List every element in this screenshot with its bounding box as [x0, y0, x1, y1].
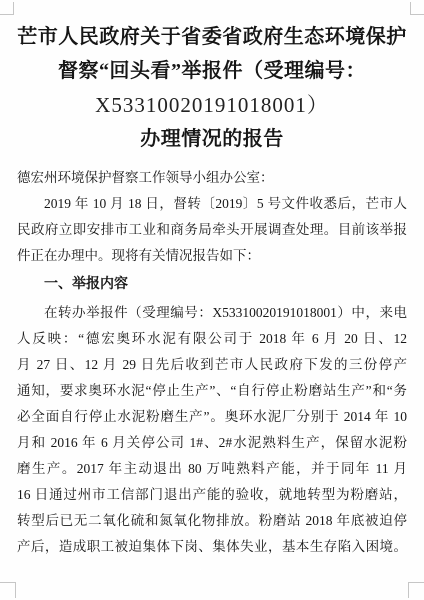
body-line: 2019 年 10 月 18 日，督转〔2019〕5 号文件收悉后，芒市人: [17, 191, 407, 217]
crop-mark-bottom-right: [408, 582, 424, 598]
body-line: 月 27 日、12 月 29 日先后收到芒市人民政府下发的三份停产: [17, 352, 407, 378]
document-content: 芒市人民政府关于省委省政府生态环境保护 督察“回头看”举报件（受理编号： X53…: [17, 20, 407, 560]
body-line: 通知，要求奥环水泥“停止生产”、“自行停止粉磨站生产”和“务: [17, 378, 407, 404]
title-line: 办理情况的报告: [17, 122, 407, 156]
body-line: 转型后已无二氧化硫和氮氧化物排放。粉磨站 2018 年底被迫停: [17, 508, 407, 534]
crop-mark-bottom-left: [0, 582, 16, 598]
paragraph-report-content: 在转办举报件（受理编号：X53310020191018001）中，来电 人反映：…: [17, 300, 407, 560]
body-line: 在转办举报件（受理编号：X53310020191018001）中，来电: [17, 300, 407, 326]
title-line-case-number: X53310020191018001）: [17, 88, 407, 122]
paragraph-intro: 2019 年 10 月 18 日，督转〔2019〕5 号文件收悉后，芒市人 民政…: [17, 191, 407, 269]
body-line: 民政府立即安排市工业和商务局牵头开展调查处理。目前该举报: [17, 217, 407, 243]
document-title: 芒市人民政府关于省委省政府生态环境保护 督察“回头看”举报件（受理编号： X53…: [17, 20, 407, 156]
salutation-line: 德宏州环境保护督察工作领导小组办公室：: [17, 165, 407, 191]
document-page: 芒市人民政府关于省委省政府生态环境保护 督察“回头看”举报件（受理编号： X53…: [0, 0, 424, 600]
crop-mark-top-right: [410, 2, 424, 15]
body-line: 月和 2016 年 6 月关停公司 1#、2#水泥熟料生产，保留水泥粉: [17, 430, 407, 456]
body-line: 产后，造成职工被迫集体下岗、集体失业，基本生存陷入困境。: [17, 534, 407, 560]
section-heading: 一、举报内容: [17, 272, 407, 298]
body-line: 16 日通过州市工信部门退出产能的验收，就地转型为粉磨站，: [17, 482, 407, 508]
body-line: 磨生产。2017 年主动退出 80 万吨熟料产能，并于同年 11 月: [17, 456, 407, 482]
body-line: 必全面自行停止水泥粉磨生产”。奥环水泥厂分别于 2014 年 10: [17, 404, 407, 430]
title-line: 督察“回头看”举报件（受理编号：: [17, 54, 407, 88]
crop-mark-top-left: [0, 2, 14, 15]
body-line: 人反映：“德宏奥环水泥有限公司于 2018 年 6 月 20 日、12: [17, 326, 407, 352]
title-line: 芒市人民政府关于省委省政府生态环境保护: [17, 20, 407, 54]
body-line: 件正在办理中。现将有关情况报告如下：: [17, 243, 407, 269]
